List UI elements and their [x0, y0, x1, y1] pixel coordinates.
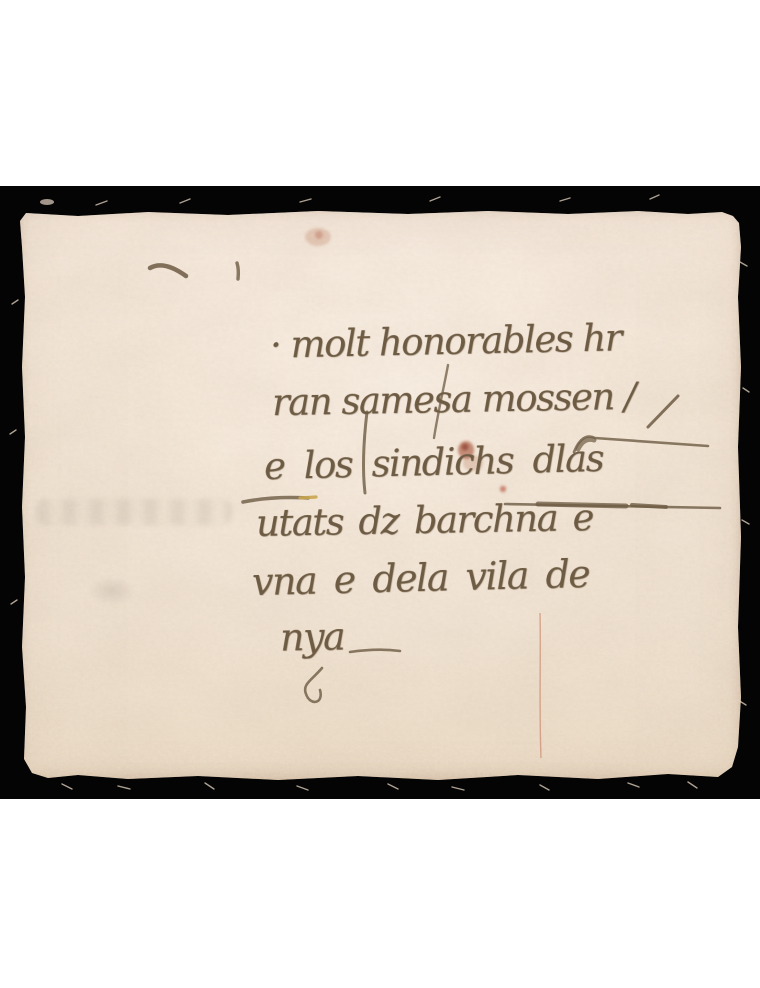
address-line-4: utats dz barchna e: [256, 496, 594, 545]
letter-paper: · molt honorables hr ran samesa mossen /…: [18, 207, 742, 784]
address-block: · molt honorables hr ran samesa mossen /…: [18, 207, 742, 784]
address-line-5: vna e dela vila de: [252, 552, 590, 604]
address-line-6: nya: [280, 614, 345, 659]
address-line-3: e los sindichs dlas: [264, 437, 604, 488]
address-line-1: · molt honorables hr: [270, 316, 622, 366]
address-line-2: ran samesa mossen /: [272, 375, 636, 424]
photo-stage: · molt honorables hr ran samesa mossen /…: [0, 0, 760, 988]
